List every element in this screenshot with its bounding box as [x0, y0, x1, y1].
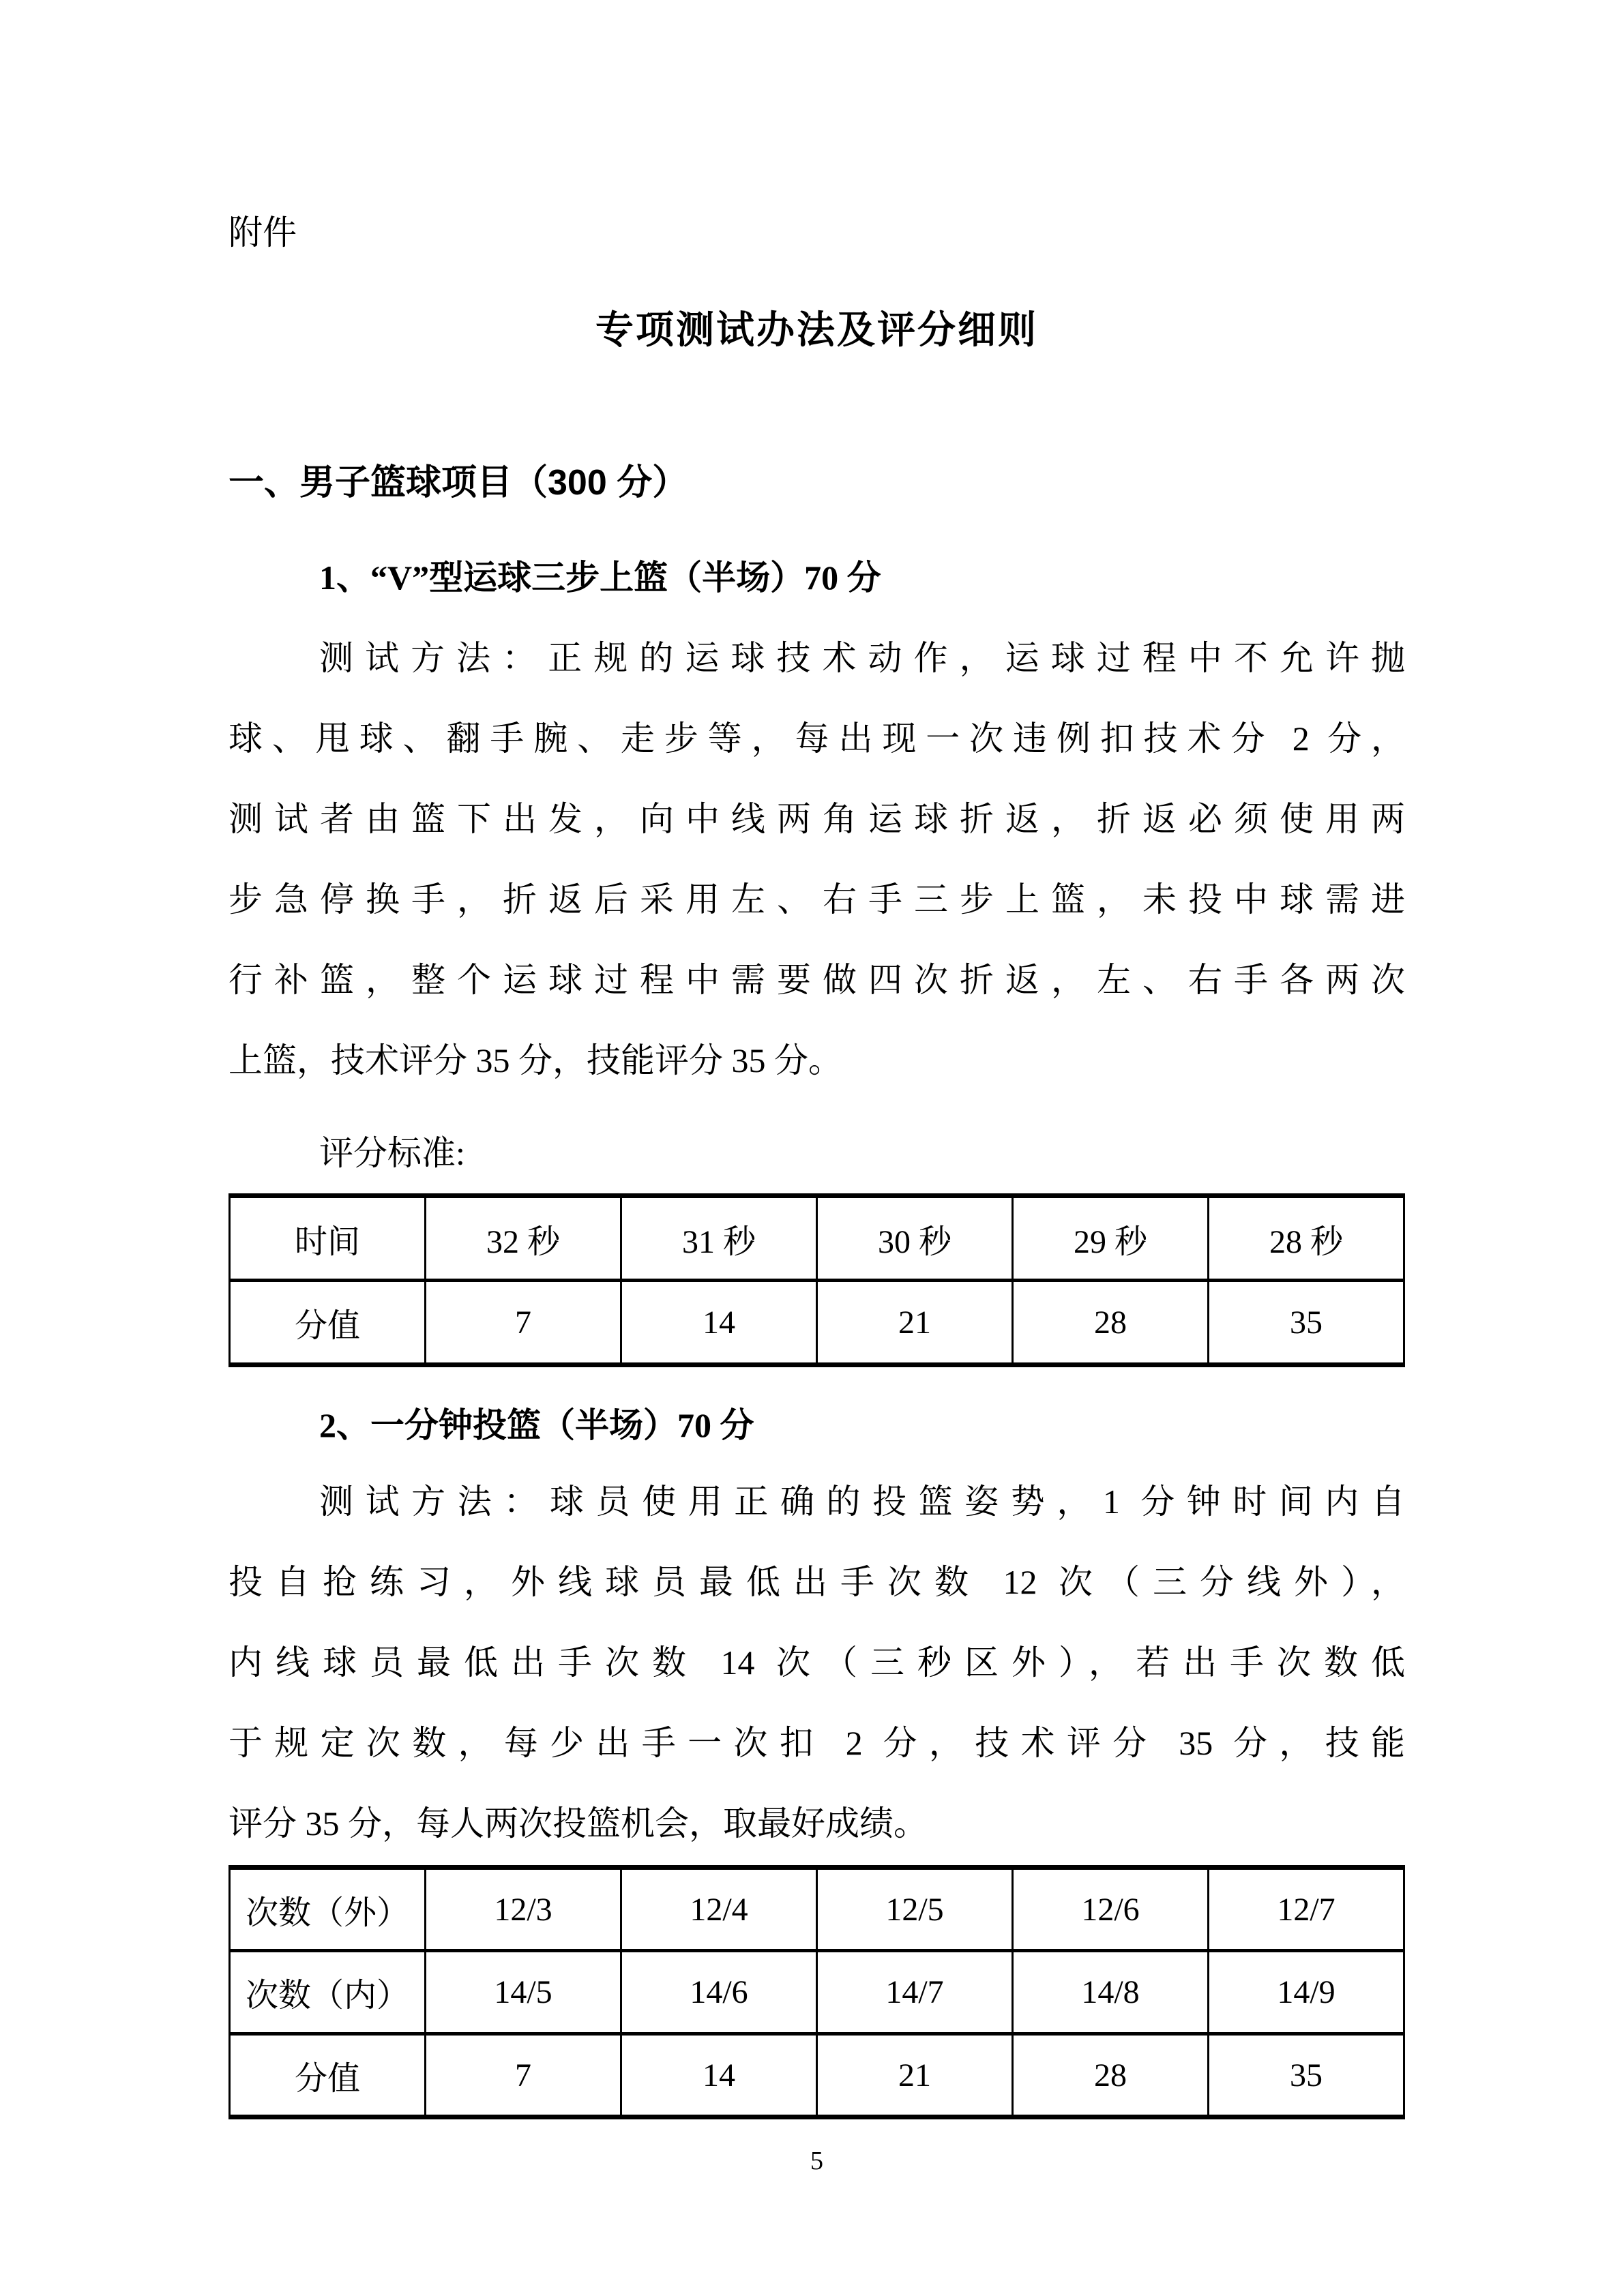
paragraph-line: 评分 35 分，每人两次投篮机会，取最好成绩。 [228, 1783, 1405, 1864]
table-cell: 14/5 [426, 1951, 621, 2034]
subsection-1-heading: 1、“V”型运球三步上篮（半场）70 分 [228, 556, 1405, 599]
section-heading-mens-basketball: 一、男子篮球项目（300 分） [228, 461, 1405, 505]
subsection-2-heading: 2、一分钟投篮（半场）70 分 [228, 1404, 1405, 1446]
table-cell: 14/6 [621, 1951, 817, 2034]
paragraph-line: 于规定次数，每少出手一次扣 2 分，技术评分 35 分，技能 [228, 1703, 1405, 1783]
table-cell: 30 秒 [817, 1196, 1013, 1281]
table-cell: 35 [1209, 1281, 1404, 1365]
paragraph-line: 测试者由篮下出发，向中线两角运球折返，折返必须使用两 [228, 779, 1405, 859]
table-cell: 12/5 [817, 1868, 1013, 1951]
scoring-criteria-label: 评分标准: [228, 1113, 1405, 1193]
document-title: 专项测试办法及评分细则 [228, 308, 1405, 353]
table-cell: 12/3 [426, 1868, 621, 1951]
table-cell: 14 [621, 1281, 817, 1365]
paragraph-line: 内线球员最低出手次数 14 次（三秒区外），若出手次数低 [228, 1622, 1405, 1703]
table-cell: 31 秒 [621, 1196, 817, 1281]
paragraph-line: 步急停换手，折返后采用左、右手三步上篮，未投中球需进 [228, 859, 1405, 940]
subsection-2-method-paragraph: 测试方法：球员使用正确的投篮姿势，1 分钟时间内自 投自抢练习，外线球员最低出手… [228, 1461, 1405, 1864]
table-cell: 14/7 [817, 1951, 1013, 2034]
table-cell: 7 [426, 2034, 621, 2117]
scoring-table-layup: 时间 32 秒 31 秒 30 秒 29 秒 28 秒 分值 7 14 21 2… [228, 1193, 1405, 1367]
scoring-table-shooting: 次数（外） 12/3 12/4 12/5 12/6 12/7 次数（内） 14/… [228, 1865, 1405, 2119]
table-cell: 12/4 [621, 1868, 817, 1951]
paragraph-line: 球、甩球、翻手腕、走步等，每出现一次违例扣技术分 2 分， [228, 698, 1405, 779]
page-number: 5 [228, 2145, 1405, 2177]
attachment-label: 附件 [228, 211, 1405, 254]
table-cell: 28 秒 [1209, 1196, 1404, 1281]
paragraph-line: 行补篮，整个运球过程中需要做四次折返，左、右手各两次 [228, 940, 1405, 1020]
table-cell: 21 [817, 2034, 1013, 2117]
table-cell: 32 秒 [426, 1196, 621, 1281]
paragraph-line: 投自抢练习，外线球员最低出手次数 12 次（三分线外）， [228, 1542, 1405, 1622]
table-cell: 14/9 [1209, 1951, 1404, 2034]
document-page: 附件 专项测试办法及评分细则 一、男子篮球项目（300 分） 1、“V”型运球三… [0, 0, 1624, 2296]
table-cell: 28 [1013, 1281, 1209, 1365]
table-row-time: 时间 32 秒 31 秒 30 秒 29 秒 28 秒 [230, 1196, 1404, 1281]
paragraph-line: 测试方法：球员使用正确的投篮姿势，1 分钟时间内自 [228, 1461, 1405, 1542]
table-row-attempts-outside: 次数（外） 12/3 12/4 12/5 12/6 12/7 [230, 1868, 1404, 1951]
table-cell: 28 [1013, 2034, 1209, 2117]
table-cell: 次数（外） [230, 1868, 426, 1951]
table-cell: 14 [621, 2034, 817, 2117]
table-cell: 12/6 [1013, 1868, 1209, 1951]
paragraph-line: 上篮，技术评分 35 分，技能评分 35 分。 [228, 1020, 1405, 1101]
paragraph-line: 测试方法：正规的运球技术动作，运球过程中不允许抛 [228, 618, 1405, 698]
table-cell: 分值 [230, 1281, 426, 1365]
table-cell: 14/8 [1013, 1951, 1209, 2034]
subsection-1-method-paragraph: 测试方法：正规的运球技术动作，运球过程中不允许抛 球、甩球、翻手腕、走步等，每出… [228, 618, 1405, 1101]
table-cell: 时间 [230, 1196, 426, 1281]
table-cell: 次数（内） [230, 1951, 426, 2034]
table-cell: 35 [1209, 2034, 1404, 2117]
table-row-attempts-inside: 次数（内） 14/5 14/6 14/7 14/8 14/9 [230, 1951, 1404, 2034]
table-cell: 分值 [230, 2034, 426, 2117]
table-cell: 12/7 [1209, 1868, 1404, 1951]
table-row-score: 分值 7 14 21 28 35 [230, 2034, 1404, 2117]
table-cell: 29 秒 [1013, 1196, 1209, 1281]
table-cell: 21 [817, 1281, 1013, 1365]
table-row-score: 分值 7 14 21 28 35 [230, 1281, 1404, 1365]
table-cell: 7 [426, 1281, 621, 1365]
